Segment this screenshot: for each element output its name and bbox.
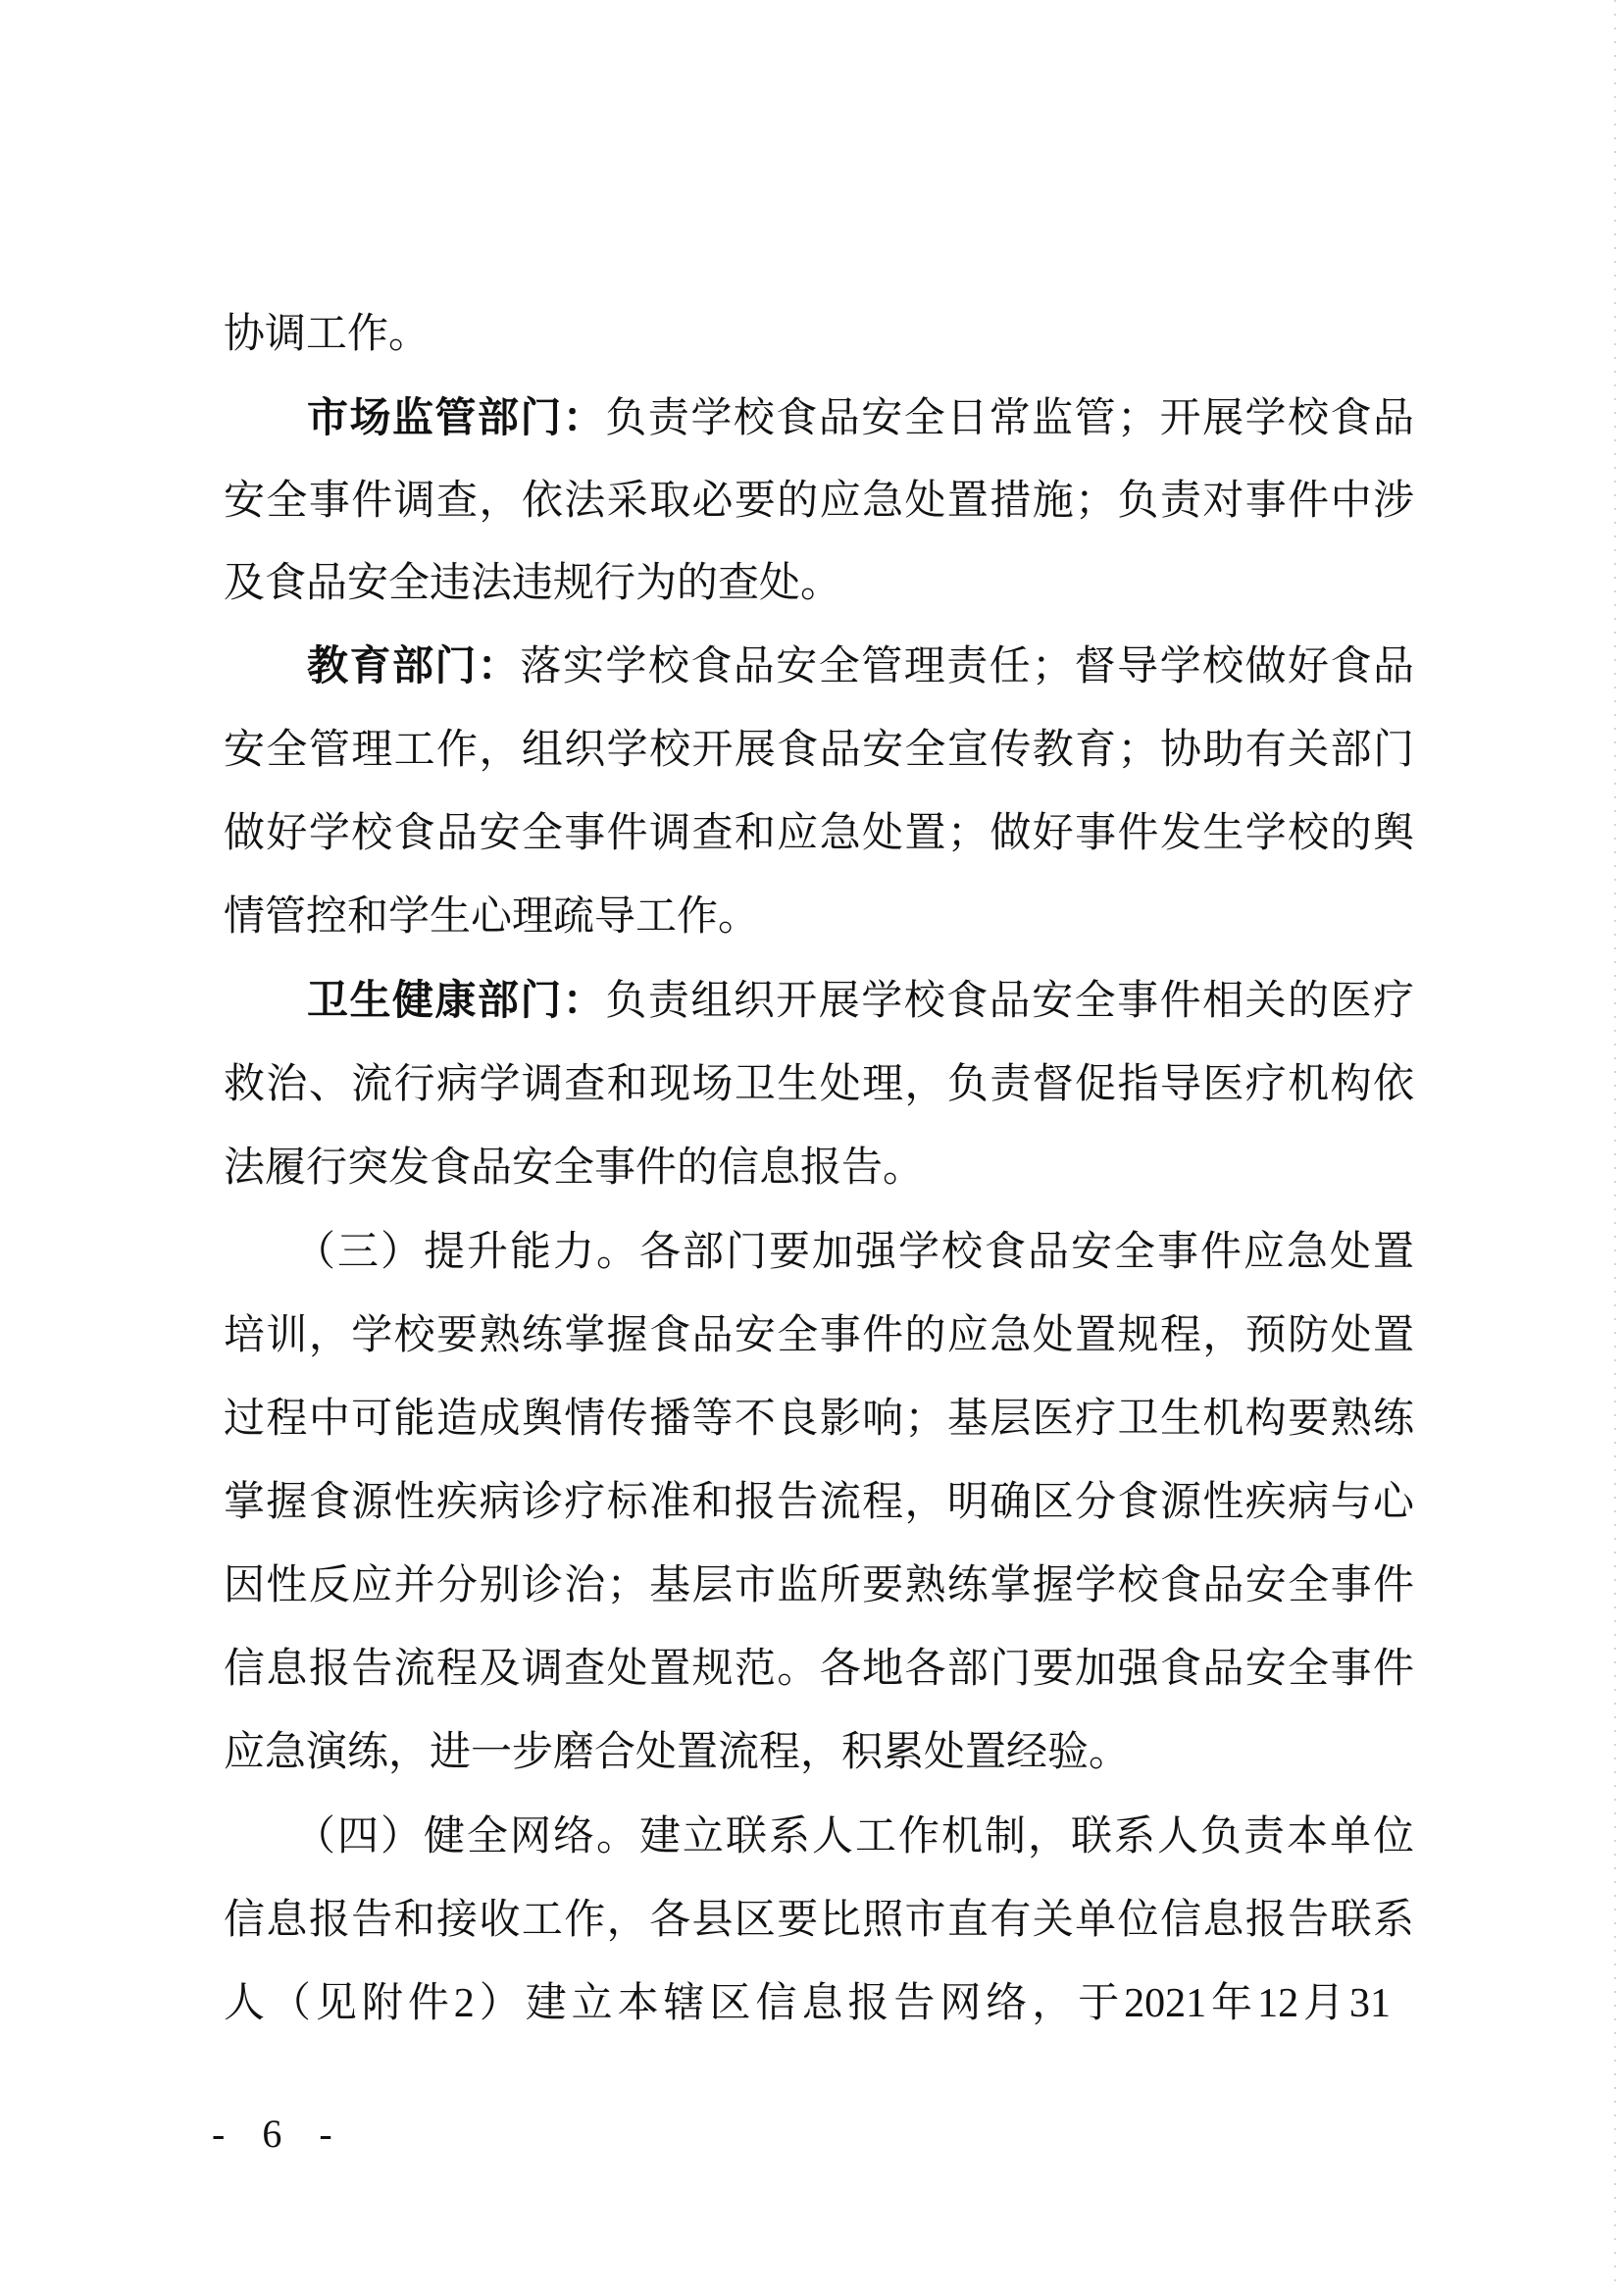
text-line: 安全管理工作，组织学校开展食品安全宣传教育；协助有关部门 [224, 726, 1414, 775]
text-span: 负责组织开展学校食品安全事件相关的医疗 [605, 979, 1414, 1024]
text-line: 法履行突发食品安全事件的信息报告。 [224, 1144, 1414, 1193]
text-line: 信息报告和接收工作，各县区要比照市直有关单位信息报告联系 [224, 1896, 1414, 1945]
text-line: 掌握食源性疾病诊疗标准和报告流程，明确区分食源性疾病与心 [224, 1478, 1414, 1527]
department-heading: 卫生健康部门： [307, 979, 605, 1024]
text-line: 人（见附件2）建立本辖区信息报告网络，于2021年12月31 [224, 1979, 1391, 2028]
paragraph-education: 教育部门：落实学校食品安全管理责任；督导学校做好食品 [307, 642, 1414, 691]
page-number: - 6 - [212, 2111, 346, 2158]
text-line: 信息报告流程及调查处置规范。各地各部门要加强食品安全事件 [224, 1645, 1414, 1694]
paragraph-improve-capacity: （三）提升能力。各部门要加强学校食品安全事件应急处置 [294, 1228, 1414, 1277]
department-heading: 市场监管部门： [307, 396, 605, 441]
text-line: 及食品安全违法违规行为的查处。 [224, 559, 1414, 608]
text-line: 协调工作。 [224, 310, 1414, 359]
text-line: 救治、流行病学调查和现场卫生处理，负责督促指导医疗机构依 [224, 1060, 1414, 1109]
paragraph-network: （四）健全网络。建立联系人工作机制，联系人负责本单位 [294, 1812, 1414, 1861]
department-heading: 教育部门： [307, 644, 520, 689]
text-span: 负责学校食品安全日常监管；开展学校食品 [605, 396, 1414, 441]
text-line: 安全事件调查，依法采取必要的应急处置措施；负责对事件中涉 [224, 477, 1414, 526]
text-line: 应急演练，进一步磨合处置流程，积累处置经验。 [224, 1728, 1414, 1777]
paragraph-market-supervision: 市场监管部门：负责学校食品安全日常监管；开展学校食品 [307, 394, 1414, 443]
text-line: 培训，学校要熟练掌握食品安全事件的应急处置规程，预防处置 [224, 1311, 1414, 1360]
paragraph-health: 卫生健康部门：负责组织开展学校食品安全事件相关的医疗 [307, 977, 1414, 1026]
text-line: 过程中可能造成舆情传播等不良影响；基层医疗卫生机构要熟练 [224, 1395, 1414, 1444]
text-line: 做好学校食品安全事件调查和应急处置；做好事件发生学校的舆 [224, 809, 1414, 858]
text-span: 落实学校食品安全管理责任；督导学校做好食品 [520, 644, 1414, 689]
document-page: 协调工作。 市场监管部门：负责学校食品安全日常监管；开展学校食品 安全事件调查，… [0, 0, 1624, 2293]
text-line: 因性反应并分别诊治；基层市监所要熟练掌握学校食品安全事件 [224, 1561, 1414, 1610]
scan-edge-artifact [1614, 0, 1616, 2293]
text-line: 情管控和学生心理疏导工作。 [224, 892, 1414, 942]
